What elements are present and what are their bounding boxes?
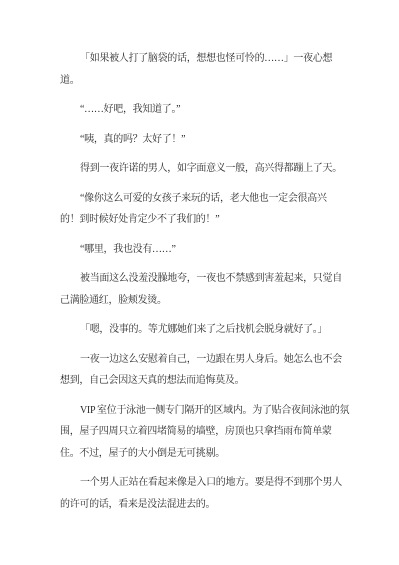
paragraph: 「如果被人打了脑袋的话，想想也怪可怜的……」一夜心想 道。 xyxy=(60,48,330,91)
text-line: 得到一夜许诺的男人，如字面意义一般，高兴得都蹦上了天。 xyxy=(60,158,330,180)
text-line: “咦，真的吗？太好了！” xyxy=(60,129,330,151)
paragraph: 一夜一边这么安慰着自己，一边跟在男人身后。她怎么也不会 想到，自己会因这天真的想… xyxy=(60,349,330,392)
paragraph: 被当面这么没羞没臊地夸，一夜也不禁感到害羞起来，只觉自 己满脸通红，脸颊发烫。 xyxy=(60,268,330,311)
text-line: “像你这么可爱的女孩子来玩的话，老大他也一定会很高兴 xyxy=(60,188,330,210)
text-line: 「嗯，没事的。等尤娜她们来了之后找机会脱身就好了。」 xyxy=(60,319,330,341)
text-line: “哪里，我也没有……” xyxy=(60,239,330,261)
text-line: “……好吧，我知道了。” xyxy=(60,99,330,121)
text-line: 己满脸通红，脸颊发烫。 xyxy=(60,290,330,312)
text-line: 的许可的话，看来是没法混进去的。 xyxy=(60,494,330,516)
paragraph: “……好吧，我知道了。” xyxy=(60,99,330,121)
text-line: 「如果被人打了脑袋的话，想想也怪可怜的……」一夜心想 xyxy=(60,48,330,70)
text-line: 一个男人正站在看起来像是入口的地方。要是得不到那个男人 xyxy=(60,472,330,494)
text-line: 被当面这么没羞没臊地夸，一夜也不禁感到害羞起来，只觉自 xyxy=(60,268,330,290)
text-line: 围，屋子四周只立着四堵简易的墙壁，房顶也只拿挡雨布简单蒙 xyxy=(60,421,330,443)
text-line: 住。不过，屋子的大小倒是无可挑剔。 xyxy=(60,443,330,465)
paragraph: 一个男人正站在看起来像是入口的地方。要是得不到那个男人 的许可的话，看来是没法混… xyxy=(60,472,330,515)
document-body: 「如果被人打了脑袋的话，想想也怪可怜的……」一夜心想 道。 “……好吧，我知道了… xyxy=(60,48,330,523)
paragraph: 「嗯，没事的。等尤娜她们来了之后找机会脱身就好了。」 xyxy=(60,319,330,341)
document-page: 「如果被人打了脑袋的话，想想也怪可怜的……」一夜心想 道。 “……好吧，我知道了… xyxy=(0,0,399,565)
text-line: 一夜一边这么安慰着自己，一边跟在男人身后。她怎么也不会 xyxy=(60,349,330,371)
paragraph: “哪里，我也没有……” xyxy=(60,239,330,261)
paragraph: “像你这么可爱的女孩子来玩的话，老大他也一定会很高兴 的！到时候好处肯定少不了我… xyxy=(60,188,330,231)
text-line: 道。 xyxy=(60,70,330,92)
text-line: VIP 室位于泳池一侧专门隔开的区域内。为了贴合夜间泳池的氛 xyxy=(60,400,330,422)
text-line: 想到，自己会因这天真的想法而追悔莫及。 xyxy=(60,370,330,392)
paragraph: “咦，真的吗？太好了！” xyxy=(60,129,330,151)
paragraph: VIP 室位于泳池一侧专门隔开的区域内。为了贴合夜间泳池的氛 围，屋子四周只立着… xyxy=(60,400,330,465)
paragraph: 得到一夜许诺的男人，如字面意义一般，高兴得都蹦上了天。 xyxy=(60,158,330,180)
text-line: 的！到时候好处肯定少不了我们的！” xyxy=(60,209,330,231)
